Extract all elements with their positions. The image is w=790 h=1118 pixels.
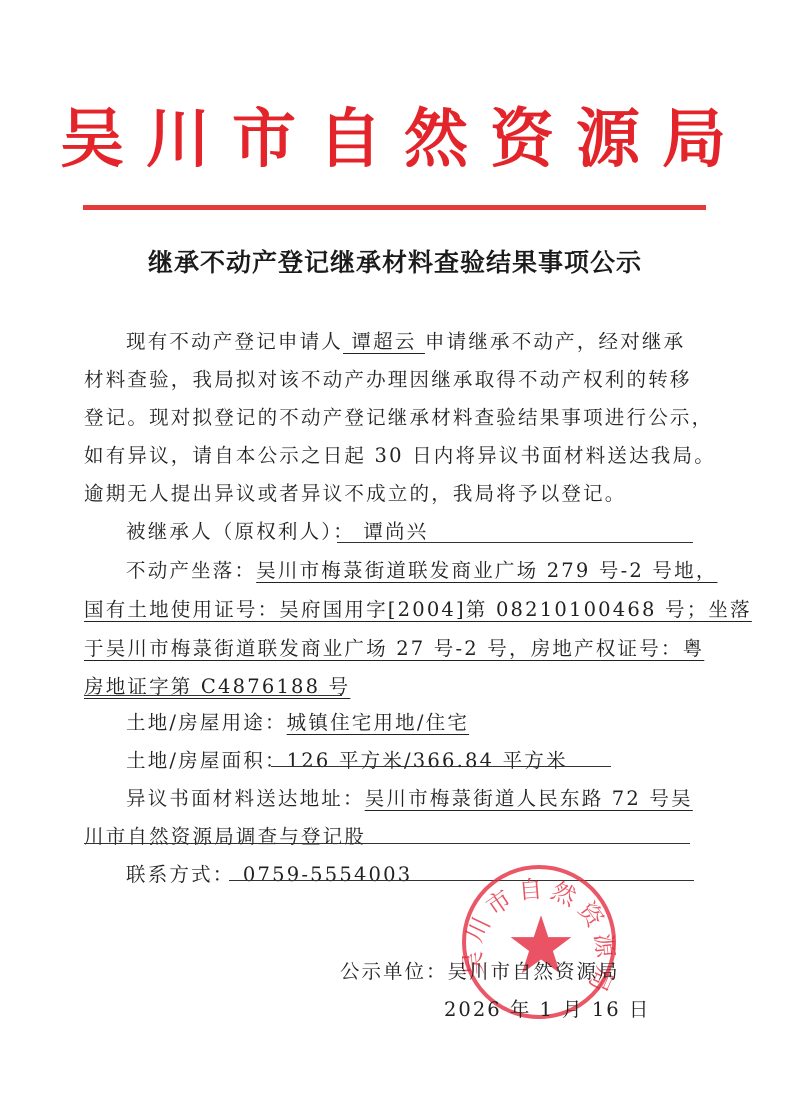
contact-label: 联系方式：: [126, 863, 235, 886]
address-row-1: 异议书面材料送达地址：吴川市梅菉街道人民东路 72 号吴: [84, 784, 724, 814]
area-row: 土地/房屋面积：126 平方米/366.84 平方米: [84, 746, 724, 776]
signature-unit: 公示单位：吴川市自然资源局: [340, 956, 620, 984]
masthead-red-divider: [83, 205, 706, 210]
location-underline-end: [84, 695, 342, 696]
area-underline: [271, 766, 611, 767]
contact-row: 联系方式： 0759-5554003: [84, 860, 724, 890]
address-label: 异议书面材料送达地址：: [126, 787, 365, 810]
use-row: 土地/房屋用途：城镇住宅用地/住宅: [84, 708, 724, 738]
notice-title: 继承不动产登记继承材料查验结果事项公示: [0, 243, 790, 279]
location-label: 不动产坐落：: [126, 559, 256, 582]
contact-value: 0759-5554003: [235, 863, 413, 886]
location-row-1: 不动产坐落：吴川市梅菉街道联发商业广场 279 号-2 号地，: [84, 556, 724, 586]
intro-suffix: 申请继承不动产，经对继承: [425, 330, 685, 353]
decedent-value: 谭尚兴: [355, 520, 429, 543]
agency-masthead: 吴川市自然资源局: [0, 100, 790, 180]
unit-name: 吴川市自然资源局: [448, 960, 620, 983]
address-value-1: 吴川市梅菉街道人民东路 72 号吴: [365, 787, 693, 810]
intro-line-2: 材料查验，我局拟对该不动产办理因继承取得不动产权利的转移: [84, 365, 724, 395]
applicant-name: 谭超云: [343, 330, 425, 353]
area-label: 土地/房屋面积：: [126, 749, 287, 772]
area-value: 126 平方米/366.84 平方米: [287, 749, 568, 772]
intro-line-5: 逾期无人提出异议或者异议不成立的，我局将予以登记。: [84, 479, 724, 509]
use-label: 土地/房屋用途：: [126, 711, 287, 734]
decedent-underline: [337, 542, 693, 543]
intro-line-4: 如有异议，请自本公示之日起 30 日内将异议书面材料送达我局。: [84, 441, 724, 471]
location-value-2: 国有土地使用证号：吴府国用字[2004]第 08210100468 号；坐落: [84, 595, 724, 625]
intro-prefix: 现有不动产登记申请人: [126, 330, 343, 353]
location-value-1: 吴川市梅菉街道联发商业广场 279 号-2 号地，: [256, 559, 717, 582]
intro-line-1: 现有不动产登记申请人 谭超云 申请继承不动产，经对继承: [84, 327, 724, 357]
intro-line-3: 登记。现对拟登记的不动产登记继承材料查验结果事项进行公示，: [84, 403, 724, 433]
unit-label: 公示单位：: [340, 960, 448, 983]
address-value-2: 川市自然资源局调查与登记股: [84, 822, 724, 852]
decedent-label: 被继承人（原权利人）：: [126, 520, 355, 543]
notice-date: 2026 年 1 月 16 日: [444, 994, 650, 1022]
location-row-4: 房地证字第 C4876188 号: [84, 672, 724, 702]
use-value: 城镇住宅用地/住宅: [287, 711, 469, 734]
address-underline: [84, 843, 690, 844]
location-value-3: 于吴川市梅菉街道联发商业广场 27 号-2 号，房地产权证号：粤: [84, 634, 724, 664]
